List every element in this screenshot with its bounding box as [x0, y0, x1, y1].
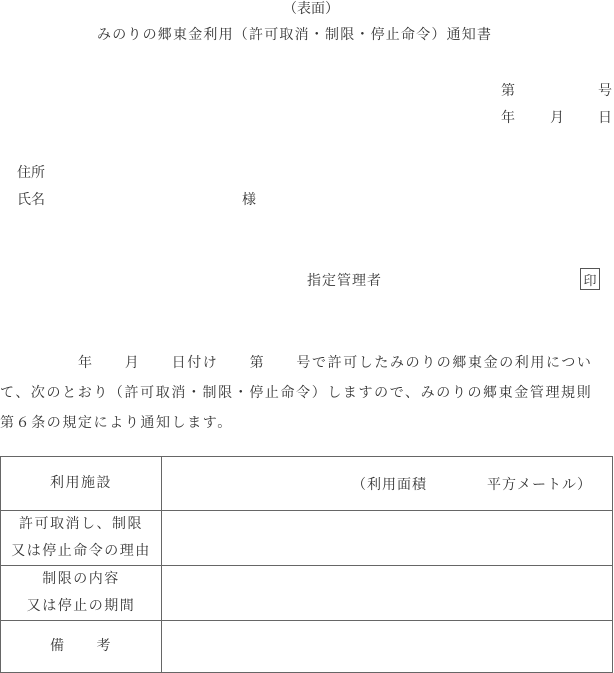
- reason-value: [162, 511, 613, 566]
- date-year: 年: [501, 107, 515, 127]
- facility-value: （利用面積 平方メートル）: [162, 457, 613, 511]
- honorific: 様: [242, 189, 256, 209]
- body-line-2: て、次のとおり（許可取消・制限・停止命令）しますので、みのりの郷東金管理規則: [0, 378, 614, 408]
- table-row-facility: 利用施設 （利用面積 平方メートル）: [1, 457, 613, 511]
- table-row-remarks: 備 考: [1, 621, 613, 673]
- notice-body: 年 月 日付け 第 号で許可したみのりの郷東金の利用につい て、次のとおり（許可…: [0, 348, 614, 438]
- date-month: 月: [550, 107, 564, 127]
- number-suffix: 号: [598, 80, 612, 100]
- name-label: 氏名: [17, 189, 45, 209]
- table-row-restriction: 制限の内容 又は停止の期間: [1, 566, 613, 621]
- remarks-value: [162, 621, 613, 673]
- address-label: 住所: [17, 162, 45, 182]
- reason-label: 許可取消し、制限 又は停止命令の理由: [1, 511, 162, 566]
- seal-box: 印: [580, 268, 600, 290]
- facility-label: 利用施設: [1, 457, 162, 511]
- body-line-1: 年 月 日付け 第 号で許可したみのりの郷東金の利用につい: [0, 348, 614, 378]
- date-day: 日: [598, 107, 612, 127]
- area-note: （利用面積 平方メートル）: [352, 474, 592, 494]
- details-table: 利用施設 （利用面積 平方メートル） 許可取消し、制限 又は停止命令の理由 制限…: [0, 456, 613, 673]
- restriction-label: 制限の内容 又は停止の期間: [1, 566, 162, 621]
- restriction-value: [162, 566, 613, 621]
- remarks-label: 備 考: [1, 621, 162, 673]
- body-line-3: 第６条の規定により通知します。: [0, 408, 614, 438]
- table-row-reason: 許可取消し、制限 又は停止命令の理由: [1, 511, 613, 566]
- side-label: （表面）: [283, 0, 339, 18]
- seal-mark: 印: [583, 270, 596, 289]
- document-title: みのりの郷東金利用（許可取消・制限・停止命令）通知書: [97, 24, 492, 44]
- number-prefix: 第: [501, 80, 515, 100]
- issuer-label: 指定管理者: [307, 270, 382, 290]
